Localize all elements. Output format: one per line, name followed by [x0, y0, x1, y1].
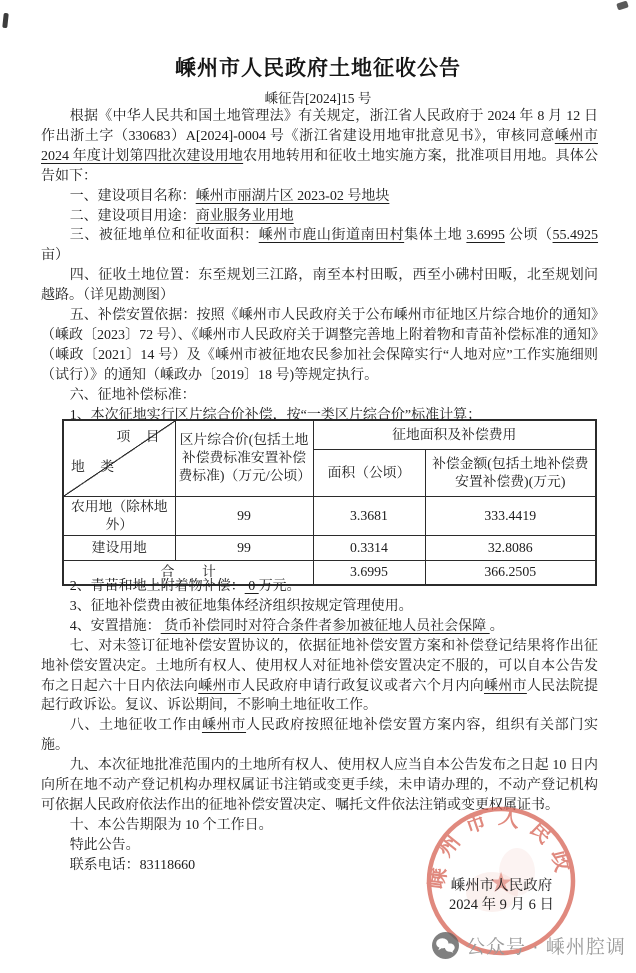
cell-area: 3.3681 — [313, 496, 425, 535]
paragraph: 七、对未签订征地补偿安置协议的，依据征地补偿安置方案和补偿登记结果将作出征地补偿… — [41, 637, 598, 717]
cell-land-type: 建设用地 — [63, 535, 175, 560]
cell-area: 0.3314 — [313, 535, 425, 560]
column-header-amount: 补偿金额(包括土地补偿费安置补偿费)(万元) — [425, 449, 596, 496]
signature-date: 2024 年 9 月 6 日 — [424, 896, 579, 915]
paragraph: 一、建设项目名称：嵊州市丽湖片区 2023-02 号地块 — [41, 187, 598, 207]
compensation-table: 项 目 地 类 区片综合价(包括土地补偿费标准安置补偿费标准)（万元/公顷） 征… — [62, 419, 597, 586]
paragraph: 3、征地补偿费由被征地集体经济组织按规定管理使用。 — [41, 597, 598, 617]
paragraph: 六、征地补偿标准： — [41, 386, 598, 406]
cell-price: 99 — [175, 496, 313, 535]
paragraph: 五、补偿安置依据：按照《嵊州市人民政府关于公布嵊州市征地区片综合地价的通知》（嵊… — [41, 306, 598, 386]
paragraph: 4、安置措施： 货币补偿同时对符合条件者参加被征地人员社会保障 。 — [41, 617, 598, 637]
paragraph: 八、土地征收工作由嵊州市人民政府按照征地补偿安置方案内容，组织有关部门实施。 — [41, 716, 598, 756]
watermark-text: 公众号 · 嵊州腔调 — [466, 932, 626, 959]
cell-land-type: 农用地（除林地外） — [63, 496, 175, 535]
doc-number: 嵊征告[2024]15 号 — [0, 87, 636, 107]
signature-block: 嵊州市人民政府 2024 年 9 月 6 日 — [424, 877, 579, 915]
paragraph: 2、青苗和地上附着物补偿： 0 万元。 — [41, 577, 598, 597]
column-header-group: 征地面积及补偿费用 — [313, 420, 596, 449]
column-header-price: 区片综合价(包括土地补偿费标准安置补偿费标准)（万元/公顷） — [175, 420, 313, 496]
scan-artifact — [2, 13, 9, 28]
cell-amount: 333.4419 — [425, 496, 596, 535]
diagonal-label-landclass: 地 类 — [71, 458, 120, 476]
wechat-icon — [432, 932, 459, 959]
paragraph: 根据《中华人民共和国土地管理法》有关规定，浙江省人民政府于 2024 年 8 月… — [41, 107, 598, 187]
column-header-area: 面积（公顷） — [313, 449, 425, 496]
paragraph: 三、被征地单位和征收面积：嵊州市鹿山街道南田村集体土地 3.6995 公顷（55… — [41, 226, 598, 266]
wechat-watermark: 公众号 · 嵊州腔调 — [432, 932, 626, 959]
table-row: 建设用地 99 0.3314 32.8086 — [63, 535, 596, 560]
signature-name: 嵊州市人民政府 — [424, 877, 579, 896]
announcement-body-upper: 根据《中华人民共和国土地管理法》有关规定，浙江省人民政府于 2024 年 8 月… — [41, 107, 598, 426]
cell-amount: 32.8086 — [425, 535, 596, 560]
page-title: 嵊州市人民政府土地征收公告 — [0, 52, 636, 82]
paragraph: 四、征收土地位置：东至规划三江路，南至本村田畈，西至小砩村田畈，北至规划问越路。… — [41, 266, 598, 306]
diagonal-label-item: 项 目 — [116, 428, 165, 446]
table-row: 农用地（除林地外） 99 3.3681 333.4419 — [63, 496, 596, 535]
cell-price: 99 — [175, 535, 313, 560]
scan-artifact — [616, 0, 629, 10]
table-diagonal-header-cell: 项 目 地 类 — [63, 420, 175, 496]
paragraph: 二、建设项目用途：商业服务业用地 — [41, 207, 598, 227]
